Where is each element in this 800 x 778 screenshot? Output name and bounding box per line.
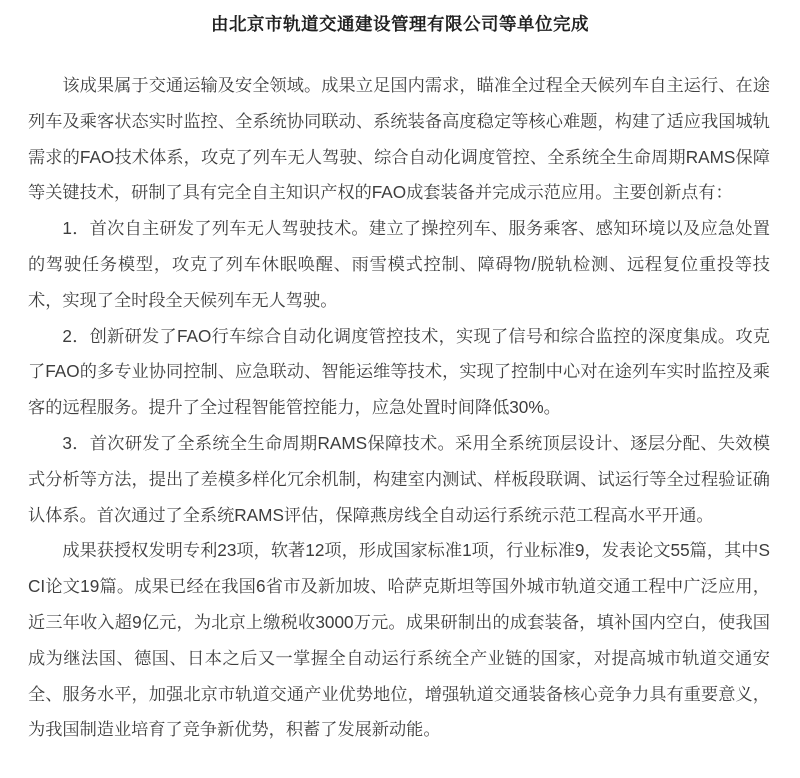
- paragraph-intro: 该成果属于交通运输及安全领域。成果立足国内需求，瞄准全过程全天候列车自主运行、在…: [28, 68, 770, 211]
- paragraph-innovation-2: 2．创新研发了FAO行车综合自动化调度管控技术，实现了信号和综合监控的深度集成。…: [28, 319, 770, 426]
- document-body: 该成果属于交通运输及安全领域。成果立足国内需求，瞄准全过程全天候列车自主运行、在…: [0, 68, 800, 748]
- paragraph-achievements: 成果获授权发明专利23项，软著12项，形成国家标准1项，行业标准9，发表论文55…: [28, 533, 770, 748]
- paragraph-innovation-1: 1．首次自主研发了列车无人驾驶技术。建立了操控列车、服务乘客、感知环境以及应急处…: [28, 211, 770, 318]
- paragraph-innovation-3: 3．首次研发了全系统全生命周期RAMS保障技术。采用全系统顶层设计、逐层分配、失…: [28, 426, 770, 533]
- document-title: 由北京市轨道交通建设管理有限公司等单位完成: [0, 13, 800, 35]
- document-page: 由北京市轨道交通建设管理有限公司等单位完成 该成果属于交通运输及安全领域。成果立…: [0, 0, 800, 778]
